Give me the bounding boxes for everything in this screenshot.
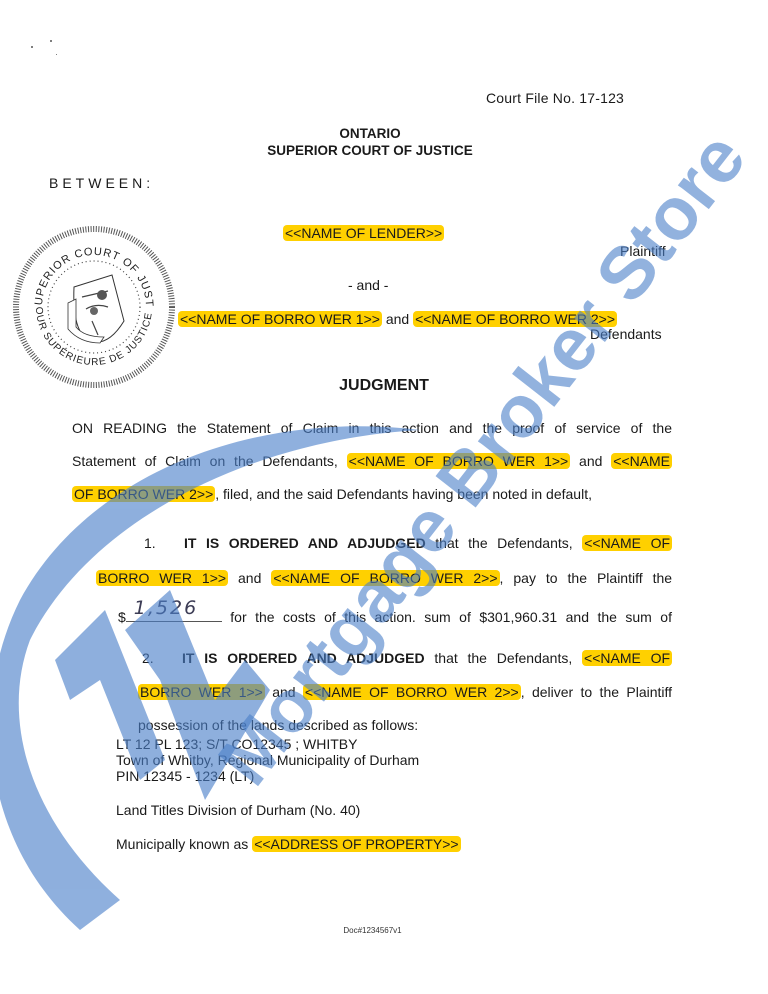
court-name: SUPERIOR COURT OF JUSTICE (0, 142, 740, 159)
borrower-2-placeholder: <<NAME OF BORRO WER 2>> (303, 684, 521, 700)
pin-number: PIN 12345 - 1234 (LT) (116, 768, 419, 784)
borrower-1-placeholder: <<NAME OF BORRO WER 1>> (178, 311, 382, 327)
between-label: BETWEEN: (49, 175, 154, 191)
borrower-2-placeholder: <<NAME (611, 453, 672, 469)
order-2-line-1: 2.IT IS ORDERED AND ADJUDGED that the De… (142, 650, 672, 666)
order-2-line-2: BORRO WER 1>> and <<NAME OF BORRO WER 2>… (138, 684, 672, 700)
defendants-label: Defendants (590, 326, 662, 342)
preamble-line-2: Statement of Claim on the Defendants, <<… (72, 453, 672, 469)
court-file-number: Court File No. 17-123 (486, 90, 624, 106)
document-number: Doc#1234567v1 (0, 926, 745, 935)
land-description: LT 12 PL 123; S/T CO12345 ; WHITBY Town … (116, 736, 419, 784)
lender-placeholder: <<NAME OF LENDER>> (283, 225, 444, 241)
borrower-1-placeholder: <<NAME OF (582, 535, 672, 551)
borrower-2-placeholder: OF BORRO WER 2>> (72, 486, 215, 502)
document-title: JUDGMENT (0, 377, 768, 395)
municipality: Town of Whitby, Regional Municipality of… (116, 752, 419, 768)
municipal-address: Municipally known as <<ADDRESS OF PROPER… (116, 836, 461, 852)
defendant-names: <<NAME OF BORRO WER 1>> and <<NAME OF BO… (178, 311, 617, 327)
preamble-line-3: OF BORRO WER 2>>, filed, and the said De… (72, 486, 672, 502)
order-2-number: 2. (142, 650, 182, 666)
preamble-line-1: ON READING the Statement of Claim in thi… (72, 420, 672, 436)
jurisdiction: ONTARIO (0, 125, 740, 142)
order-2-line-3: possession of the lands described as fol… (138, 717, 418, 733)
land-titles-division: Land Titles Division of Durham (No. 40) (116, 802, 360, 818)
and-separator: - and - (348, 277, 388, 293)
borrower-1-placeholder: <<NAME OF BORRO WER 1>> (347, 453, 571, 469)
order-1-line-1: 1.IT IS ORDERED AND ADJUDGED that the De… (144, 535, 672, 551)
handwritten-costs: 1,526 (134, 597, 198, 619)
court-heading: ONTARIO SUPERIOR COURT OF JUSTICE (0, 125, 740, 159)
order-1-line-3: $1,526 for the costs of this action. sum… (118, 605, 672, 625)
borrower-2-placeholder: <<NAME OF BORRO WER 2>> (413, 311, 617, 327)
borrower-1-placeholder: <<NAME OF (582, 650, 672, 666)
borrower-1-placeholder: BORRO WER 1>> (138, 684, 265, 700)
address-placeholder: <<ADDRESS OF PROPERTY>> (252, 836, 460, 852)
plaintiff-label: Plaintiff (620, 243, 666, 259)
costs-amount-field: 1,526 (126, 605, 222, 622)
order-1-number: 1. (144, 535, 184, 551)
order-1-line-2: BORRO WER 1>> and <<NAME OF BORRO WER 2>… (96, 570, 672, 586)
plaintiff-name: <<NAME OF LENDER>> (283, 225, 444, 241)
borrower-2-placeholder: <<NAME OF BORRO WER 2>> (271, 570, 499, 586)
borrower-1-placeholder: BORRO WER 1>> (96, 570, 228, 586)
court-seal-icon: ★ SUPERIOR COURT OF JUSTICE COUR SUPÉRIE… (12, 225, 176, 389)
legal-description: LT 12 PL 123; S/T CO12345 ; WHITBY (116, 736, 419, 752)
